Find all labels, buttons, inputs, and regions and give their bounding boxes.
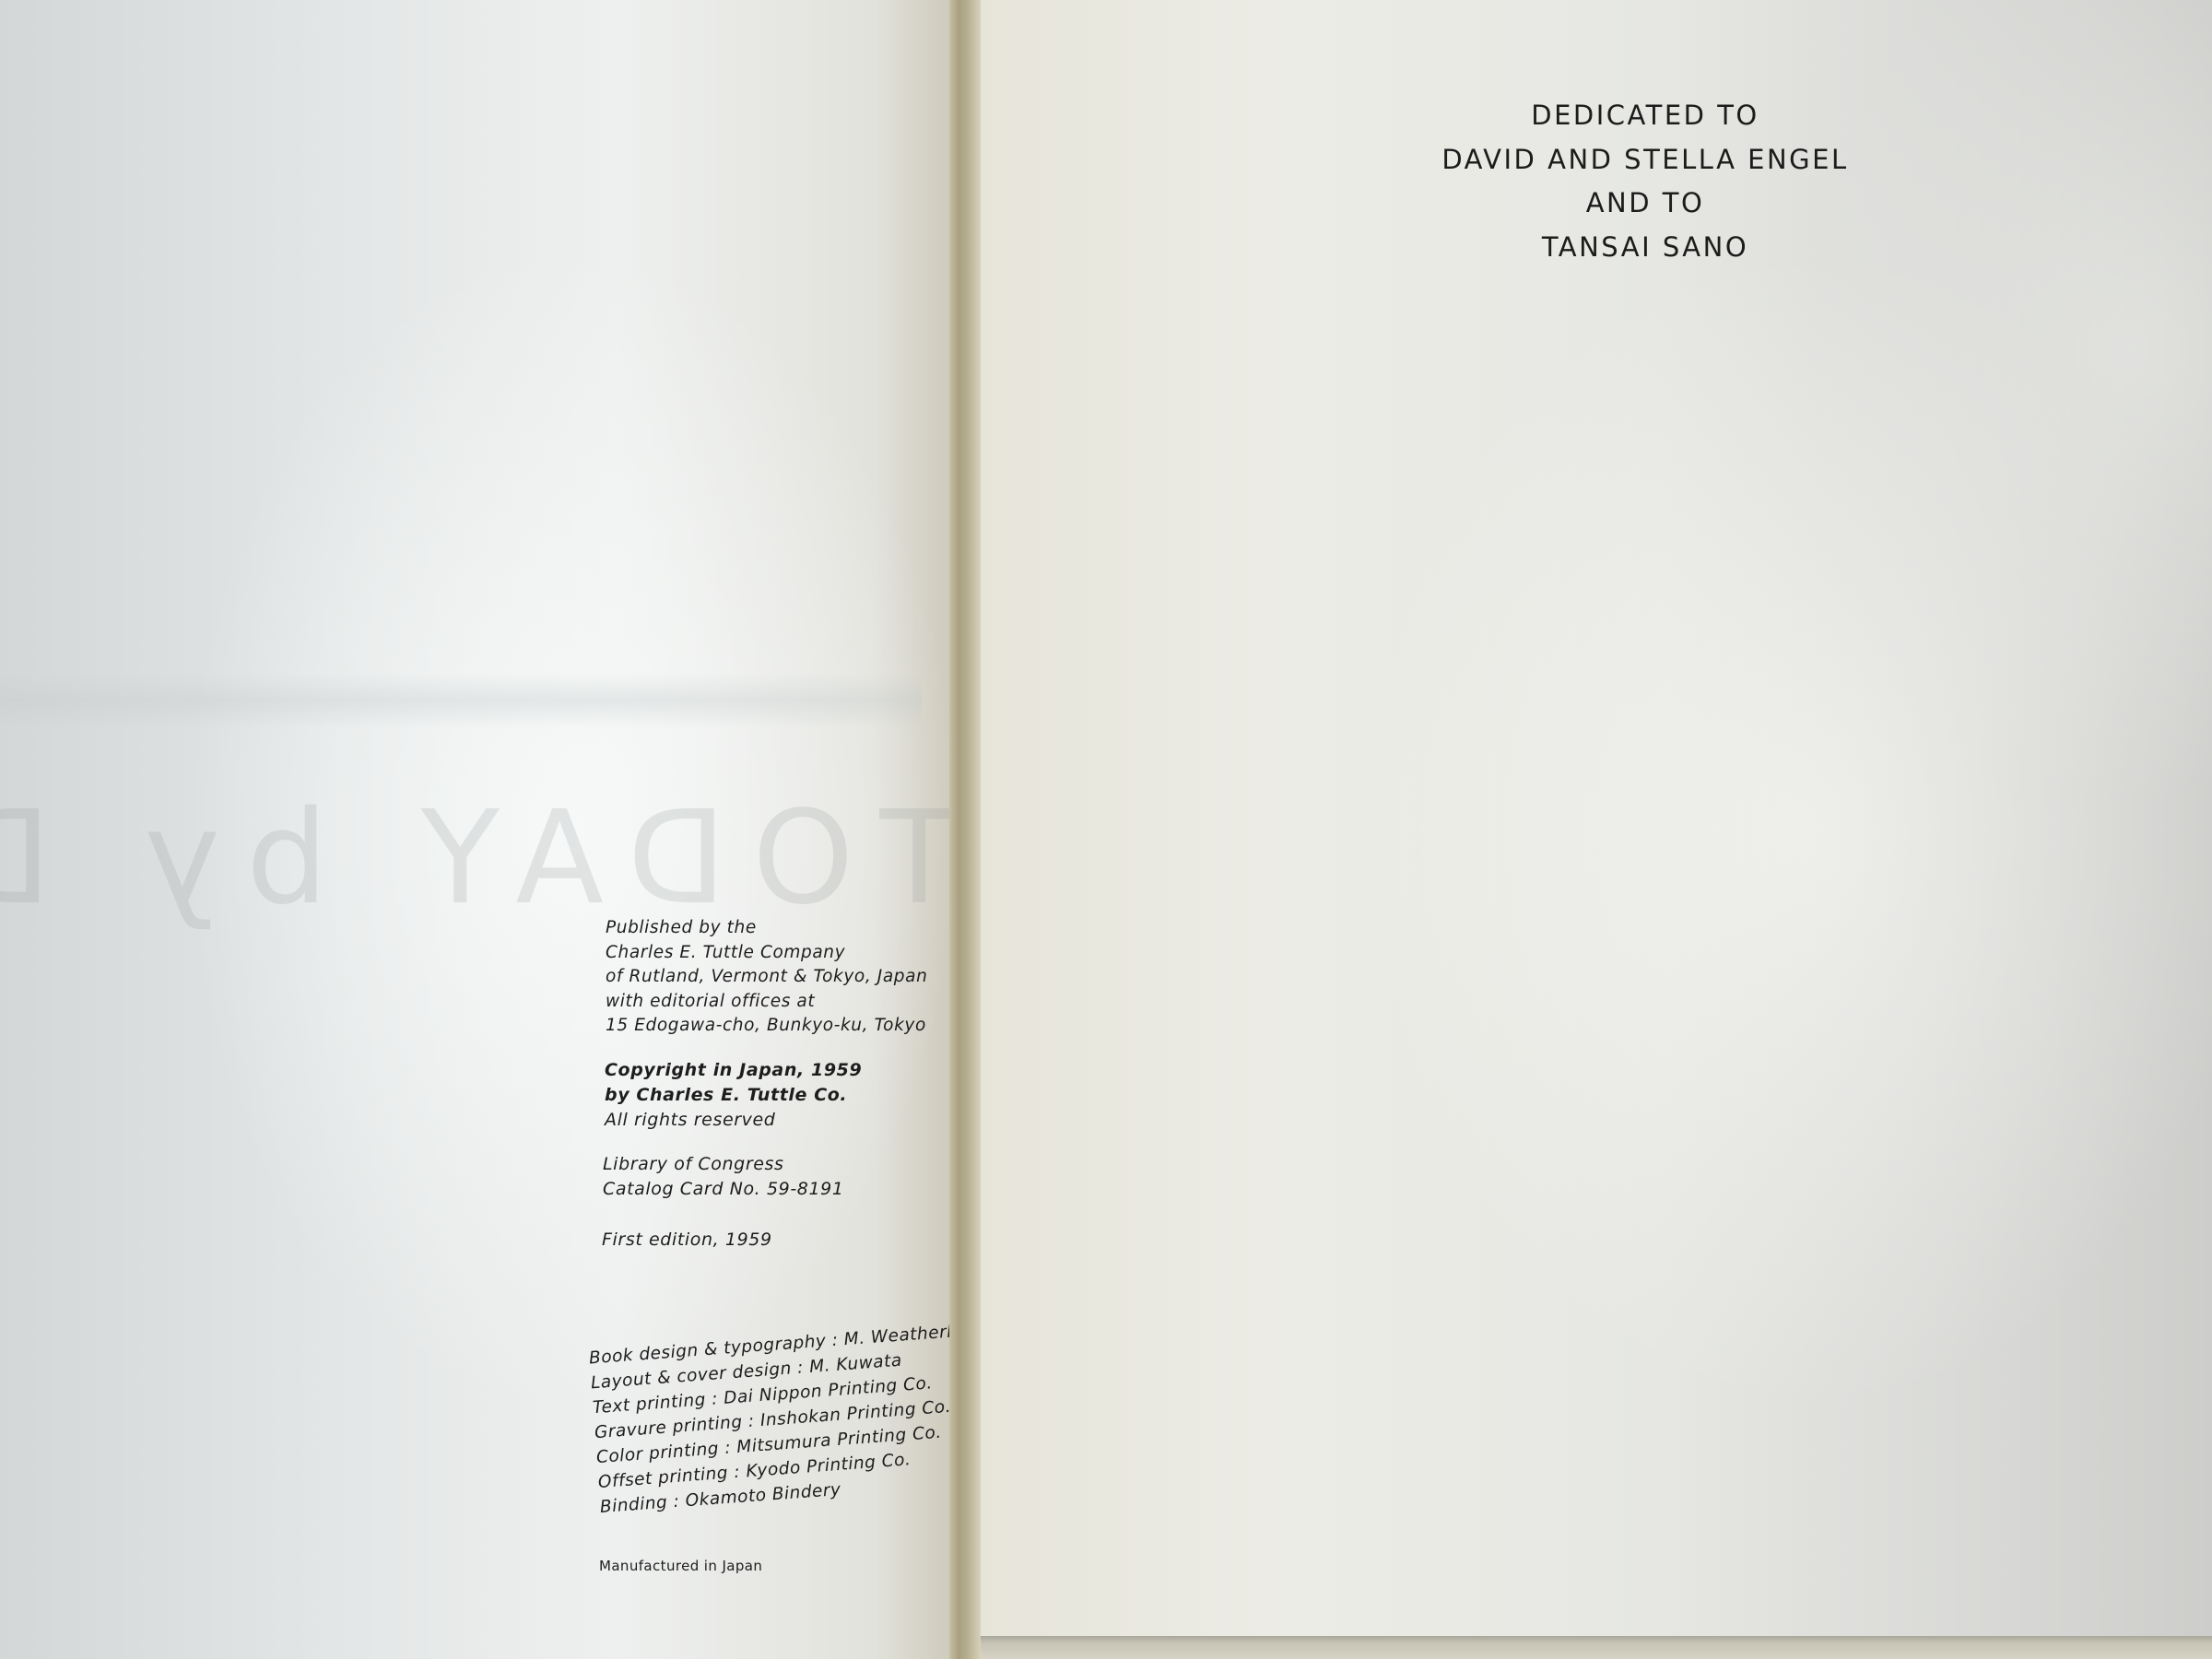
dedication-line: DAVID AND STELLA ENGEL bbox=[1438, 138, 1853, 182]
rights-line: All rights reserved bbox=[605, 1108, 862, 1133]
dedication-line: TANSAI SANO bbox=[1438, 226, 1853, 270]
edition-line: First edition, 1959 bbox=[602, 1228, 772, 1253]
dedication-line: DEDICATED TO bbox=[1438, 94, 1853, 138]
manufactured-line: Manufactured in Japan bbox=[599, 1558, 762, 1574]
copyright-block: Copyright in Japan, 1959 by Charles E. T… bbox=[605, 1058, 862, 1133]
catalog-number-line: Catalog Card No. 59-8191 bbox=[603, 1177, 844, 1202]
publisher-line: with editorial offices at bbox=[606, 990, 927, 1015]
production-credits: Book design & typography : M. Weatherby … bbox=[588, 1318, 980, 1520]
dedication-block: DEDICATED TO DAVID AND STELLA ENGEL AND … bbox=[1438, 94, 1853, 269]
book-gutter bbox=[949, 0, 981, 1659]
page-bottom-edge bbox=[981, 1636, 2212, 1659]
show-through-band bbox=[0, 673, 922, 728]
copyright-line: Copyright in Japan, 1959 bbox=[605, 1058, 862, 1083]
library-of-congress-block: Library of Congress Catalog Card No. 59-… bbox=[603, 1152, 844, 1202]
dedication-line: AND TO bbox=[1438, 182, 1853, 226]
publisher-block: Published by the Charles E. Tuttle Compa… bbox=[606, 916, 927, 1039]
copyright-line: by Charles E. Tuttle Co. bbox=[605, 1083, 862, 1108]
publisher-line: of Rutland, Vermont & Tokyo, Japan bbox=[606, 965, 927, 990]
publisher-line: Charles E. Tuttle Company bbox=[606, 941, 927, 966]
publisher-line: 15 Edogawa-cho, Bunkyo-ku, Tokyo bbox=[606, 1014, 927, 1039]
publisher-line: Published by the bbox=[606, 916, 927, 941]
show-through-text: TODAY by David bbox=[0, 783, 959, 934]
book-spread: TODAY by David Published by the Charles … bbox=[0, 0, 2212, 1659]
library-line: Library of Congress bbox=[603, 1152, 844, 1177]
left-page-copyright: TODAY by David Published by the Charles … bbox=[0, 0, 949, 1659]
